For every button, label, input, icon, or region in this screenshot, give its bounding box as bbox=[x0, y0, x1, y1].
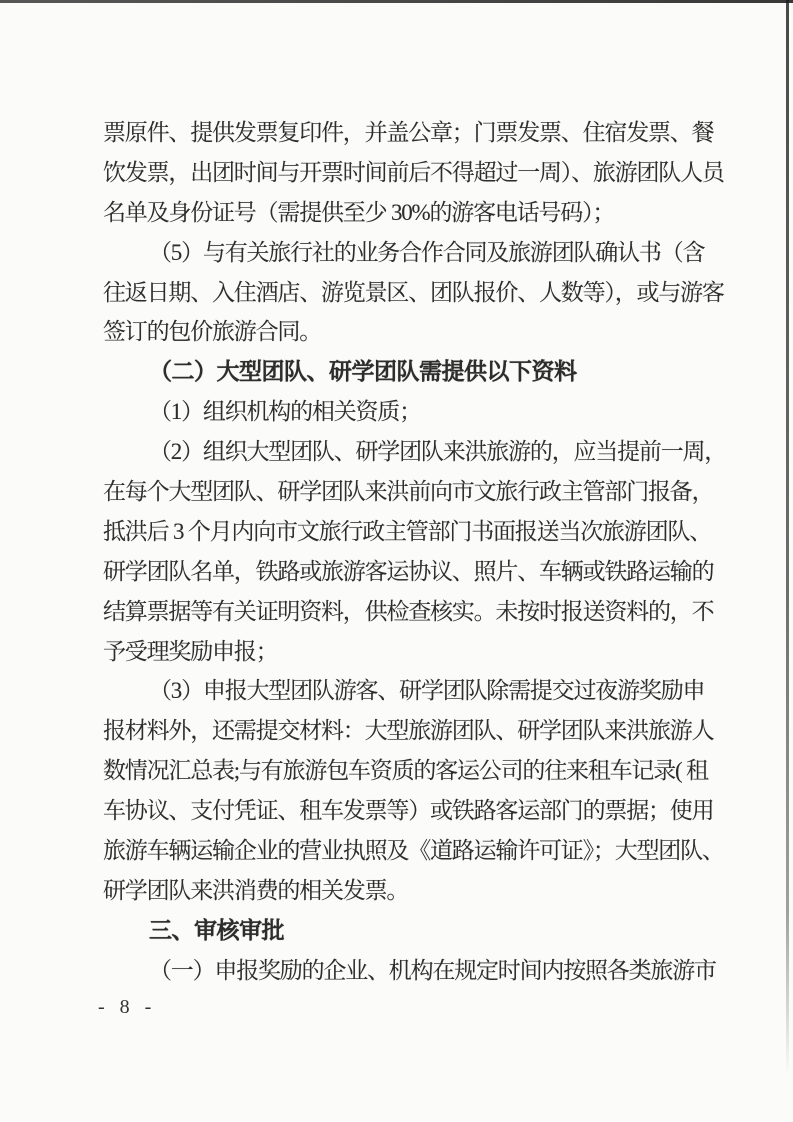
text-line: 抵洪后 3 个月内向市文旅行政主管部门书面报送当次旅游团队、 bbox=[103, 512, 715, 552]
text-line: （2）组织大型团队、研学团队来洪旅游的，应当提前一周， bbox=[103, 432, 715, 472]
scan-edge-top bbox=[0, 0, 793, 3]
section-heading: （二）大型团队、研学团队需提供以下资料 bbox=[103, 352, 715, 392]
text-line: （1）组织机构的相关资质； bbox=[103, 392, 715, 432]
text-line: 数情况汇总表;与有旅游包车资质的客运公司的往来租车记录( 租 bbox=[103, 751, 715, 791]
text-line: 往返日期、入住酒店、游览景区、团队报价、人数等），或与游客 bbox=[103, 273, 715, 313]
text-line: （5）与有关旅行社的业务合作合同及旅游团队确认书（含 bbox=[103, 233, 715, 273]
text-line: 予受理奖励申报； bbox=[103, 632, 715, 672]
section-heading: 三、审核审批 bbox=[103, 911, 715, 951]
text-line: 名单及身份证号（需提供至少 30%的游客电话号码）； bbox=[103, 193, 715, 233]
document-page: 票原件、提供发票复印件，并盖公章；门票发票、住宿发票、餐 饮发票，出团时间与开票… bbox=[0, 0, 793, 1122]
text-line: 车协议、支付凭证、租车发票等）或铁路客运部门的票据；使用 bbox=[103, 791, 715, 831]
text-line: 研学团队名单，铁路或旅游客运协议、照片、车辆或铁路运输的 bbox=[103, 552, 715, 592]
text-line: 饮发票，出团时间与开票时间前后不得超过一周）、旅游团队人员 bbox=[103, 153, 715, 193]
text-line: 在每个大型团队、研学团队来洪前向市文旅行政主管部门报备， bbox=[103, 472, 715, 512]
text-line: 票原件、提供发票复印件，并盖公章；门票发票、住宿发票、餐 bbox=[103, 113, 715, 153]
text-line: 签订的包价旅游合同。 bbox=[103, 312, 715, 352]
document-body: 票原件、提供发票复印件，并盖公章；门票发票、住宿发票、餐 饮发票，出团时间与开票… bbox=[103, 113, 715, 991]
text-line: 结算票据等有关证明资料，供检查核实。未按时报送资料的，不 bbox=[103, 592, 715, 632]
text-line: 旅游车辆运输企业的营业执照及《道路运输许可证》；大型团队、 bbox=[103, 831, 715, 871]
text-line: （3）申报大型团队游客、研学团队除需提交过夜游奖励申 bbox=[103, 671, 715, 711]
text-line: 报材料外，还需提交材料：大型旅游团队、研学团队来洪旅游人 bbox=[103, 711, 715, 751]
text-line: 研学团队来洪消费的相关发票。 bbox=[103, 871, 715, 911]
text-line: （一）申报奖励的企业、机构在规定时间内按照各类旅游市 bbox=[103, 951, 715, 991]
scan-edge-right bbox=[786, 0, 789, 1075]
page-number: - 8 - bbox=[98, 996, 156, 1019]
